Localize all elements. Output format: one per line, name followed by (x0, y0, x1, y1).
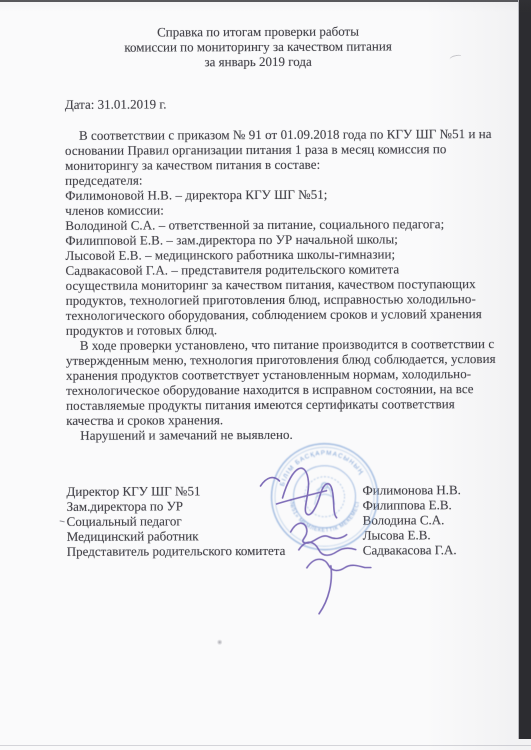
signer-name: Филимонова Н.В. (362, 482, 460, 497)
body-line: Нарушений и замечаний не выявлено. (66, 426, 516, 443)
scan-edge-top (0, 0, 531, 2)
scan-edge-bottom (0, 745, 531, 746)
signature-block: Директор КГУ ШГ №51 Филимонова Н.В. Зам.… (66, 482, 506, 559)
scanned-document-page: Справка по итогам проверки работы комисс… (0, 0, 531, 750)
body-line: поставляемые продукты питания имеются се… (66, 396, 516, 413)
position-label: Социальный педагог (67, 513, 182, 529)
signer-name: Лысова Е.В. (363, 527, 431, 542)
date-line: Дата: 31.01.2019 г. (65, 96, 167, 112)
body-line: технологического оборудования, соблюдени… (66, 306, 516, 323)
signature-row: Представитель родительского комитета Сад… (67, 542, 507, 559)
scan-artifact-dot (217, 639, 222, 645)
position-label: Медицинский работник (67, 528, 199, 544)
body-line: В соответствии с приказом № 91 от 01.09.… (65, 126, 515, 143)
signer-name: Володина С.А. (363, 512, 445, 527)
position-label: Директор КГУ ШГ №51 (66, 483, 200, 499)
scan-edge-right (519, 0, 531, 739)
document-title: Справка по итогам проверки работы комисс… (0, 23, 518, 70)
signer-name: Садвакасова Г.А. (363, 542, 457, 557)
scan-artifact-tick (60, 520, 65, 522)
signer-name: Филиппова Е.В. (363, 497, 452, 512)
document-body: В соответствии с приказом № 91 от 01.09.… (65, 126, 516, 443)
signature-stroke-sadvakasova (307, 559, 371, 614)
position-label: Зам.директора по УР (67, 498, 183, 514)
position-label: Представитель родительского комитета (67, 543, 286, 559)
stamp-arc-top-text: БІЛІМ БАСҚАРМАСЫНЫҢ (279, 450, 365, 488)
title-line-3: за январь 2019 года (0, 53, 518, 70)
